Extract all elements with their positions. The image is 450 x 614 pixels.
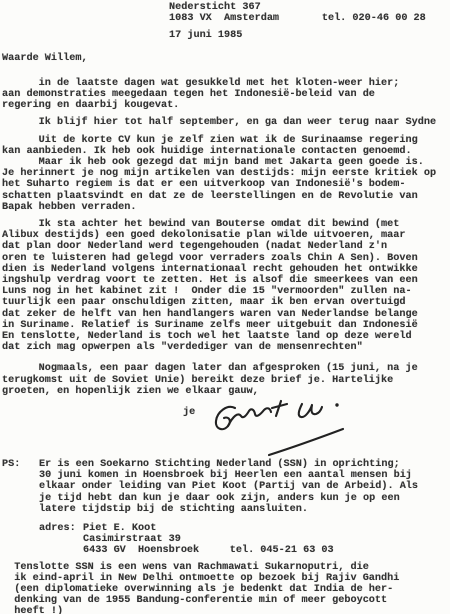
postscript: PS: Er is een Soekarno Stichting Nederla… — [2, 459, 450, 515]
address-text: Piet E. Koot Casimirstraat 39 6433 GV Ho… — [83, 523, 334, 557]
paragraph-jakarta-suharto: Maar ik heb ook gezegd dat mijn band met… — [2, 157, 450, 213]
address-label: adres: — [39, 523, 83, 557]
contact-address-block: adres: Piet E. Koot Casimirstraat 39 643… — [39, 523, 450, 557]
salutation: Waarde Willem, — [2, 53, 450, 64]
paragraph-stay-until-september: Ik blijf hier tot half september, en ga … — [2, 117, 450, 128]
paragraph-closing-greetings: Nogmaals, een paar dagen later dan afges… — [2, 363, 450, 397]
scanned-letter-page: Nedersticht 367 1083 VX Amsterdam tel. 0… — [0, 0, 450, 614]
letter-date: 17 juni 1985 — [169, 30, 426, 41]
paragraph-cv-suriname: Uit de korte CV kun je zelf zien wat ik … — [2, 135, 450, 157]
handwritten-signature — [209, 398, 347, 458]
paragraph-bouterse-nederland: Ik sta achter het bewind van Bouterse om… — [2, 219, 450, 353]
ps-closing-note: Tenslotte SSN is een wens van Rachmawati… — [2, 562, 450, 614]
sender-street: Nedersticht 367 — [169, 2, 426, 13]
signature-block: je — [2, 397, 450, 459]
paragraph-weather-demonstrations: in de laatste dagen wat gesukkeld met he… — [2, 78, 450, 112]
letter-body: Waarde Willem, in de laatste dagen wat g… — [2, 53, 450, 614]
ps-label: PS: — [2, 459, 39, 515]
closing-word: je — [183, 407, 195, 418]
sender-city-phone: 1083 VX Amsterdam tel. 020-46 00 28 — [169, 13, 426, 24]
ps-text: Er is een Soekarno Stichting Nederland (… — [39, 459, 418, 515]
letterhead: Nedersticht 367 1083 VX Amsterdam tel. 0… — [169, 2, 426, 42]
